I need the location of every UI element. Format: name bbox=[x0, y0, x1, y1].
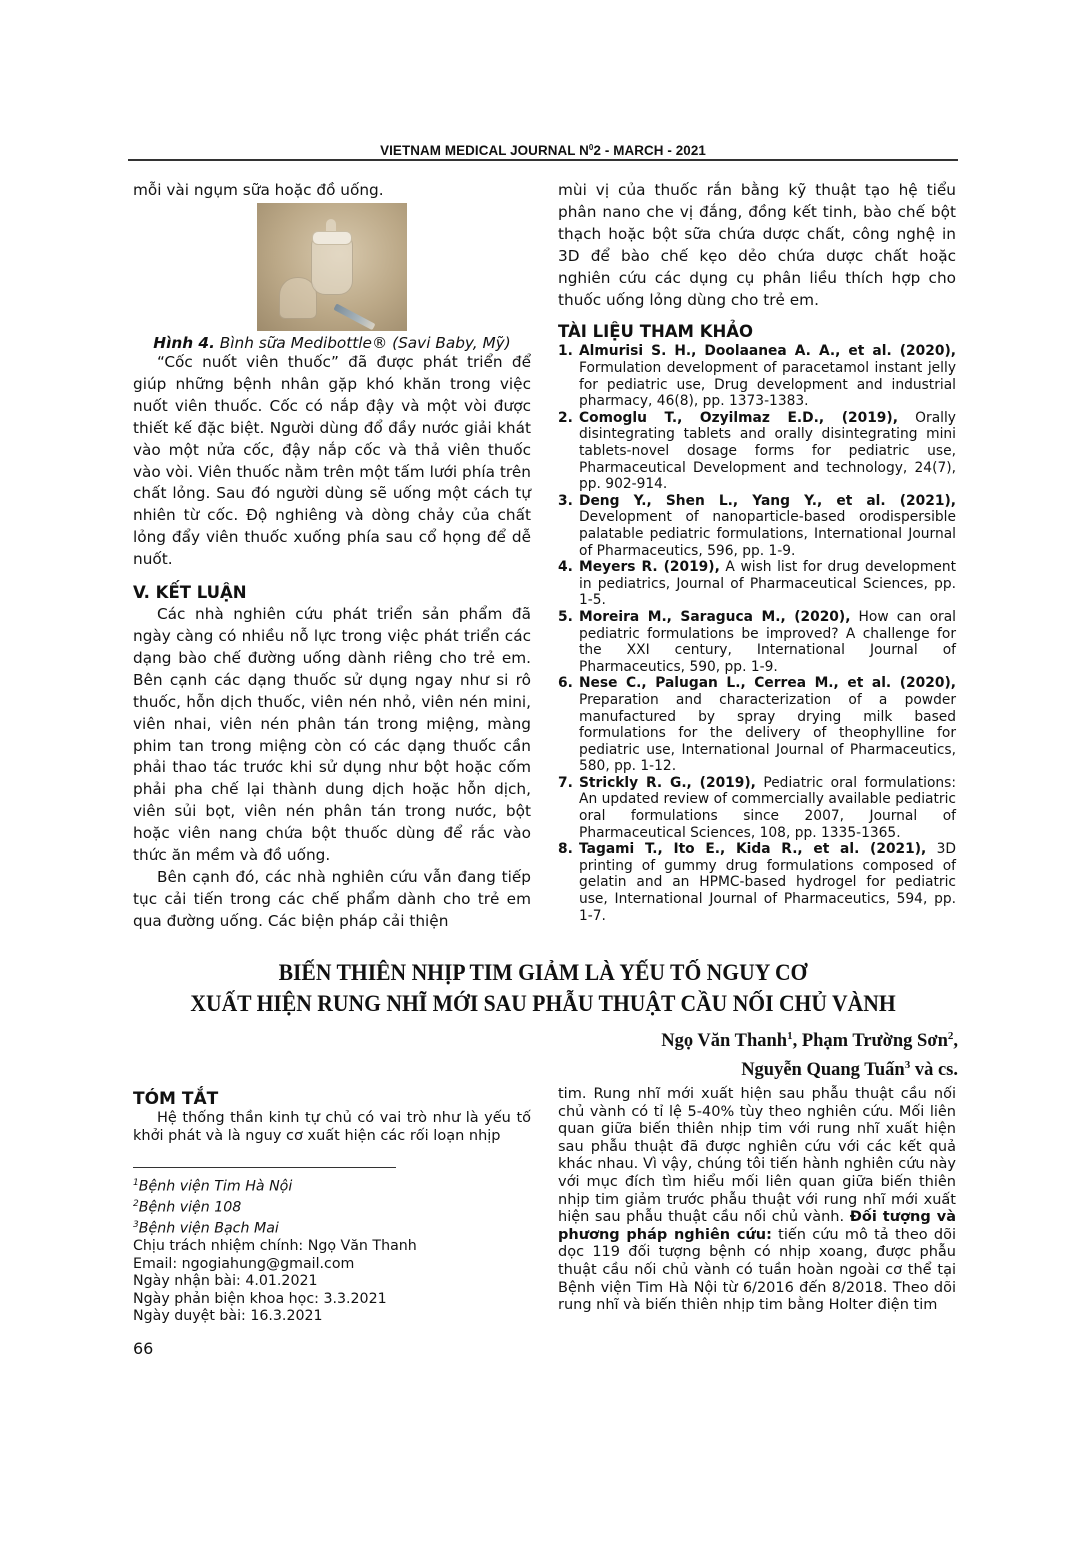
reference-number: 6. bbox=[558, 675, 573, 692]
references-list: 1.Almurisi S. H., Doolaanea A. A., et al… bbox=[558, 343, 956, 924]
author-name: Nguyễn Quang Tuấn bbox=[741, 1060, 905, 1080]
date-received: Ngày nhận bài: 4.01.2021 bbox=[133, 1273, 417, 1290]
reference-authors: Deng Y., Shen L., Yang Y., et al. (2021)… bbox=[579, 493, 956, 509]
reference-authors: Moreira M., Saraguca M., (2020), bbox=[579, 609, 850, 625]
reference-authors: Nese C., Palugan L., Cerrea M., et al. (… bbox=[579, 675, 956, 691]
date-approved: Ngày duyệt bài: 16.3.2021 bbox=[133, 1308, 417, 1325]
left-column-body: “Cốc nuốt viên thuốc” đã được phát triển… bbox=[133, 352, 531, 933]
reference-authors: Strickly R. G., (2019), bbox=[579, 775, 756, 791]
reference-item: 2.Comoglu T., Ozyilmaz E.D., (2019), Ora… bbox=[558, 410, 956, 493]
author-name: Ngọ Văn Thanh bbox=[661, 1031, 787, 1051]
abstract-text: tim. Rung nhĩ mới xuất hiện sau phẫu thu… bbox=[558, 1086, 956, 1225]
affiliation-2: 2Bệnh viện 108 bbox=[133, 1196, 417, 1217]
abstract-paragraph-continued: tim. Rung nhĩ mới xuất hiện sau phẫu thu… bbox=[558, 1086, 956, 1315]
reference-number: 1. bbox=[558, 343, 573, 360]
reference-text: Development of nanoparticle-based orodis… bbox=[579, 509, 956, 558]
references-heading: TÀI LIỆU THAM KHẢO bbox=[558, 321, 956, 343]
header-rule bbox=[128, 159, 958, 161]
author-line-1: Ngọ Văn Thanh1, Phạm Trường Sơn2, bbox=[661, 1024, 958, 1053]
footnote-rule bbox=[133, 1167, 396, 1168]
abstract-heading: TÓM TẮT bbox=[133, 1088, 531, 1110]
author-separator: và cs. bbox=[910, 1060, 958, 1080]
conclusion-paragraph-1: Các nhà nghiên cứu phát triển sản phẩm đ… bbox=[133, 604, 531, 867]
reference-text: Formulation development of paracetamol i… bbox=[579, 360, 956, 409]
journal-page: VIETNAM MEDICAL JOURNAL N02 - MARCH - 20… bbox=[0, 0, 1090, 1541]
footnotes: 1Bệnh viện Tim Hà Nội 2Bệnh viện 108 3Bệ… bbox=[133, 1175, 417, 1325]
conclusion-paragraph-2: Bên cạnh đó, các nhà nghiên cứu vẫn đang… bbox=[133, 867, 531, 933]
abstract-right: tim. Rung nhĩ mới xuất hiện sau phẫu thu… bbox=[558, 1086, 956, 1315]
reference-number: 3. bbox=[558, 493, 573, 510]
journal-issue: 2 - MARCH - 2021 bbox=[593, 143, 705, 158]
reference-item: 6.Nese C., Palugan L., Cerrea M., et al.… bbox=[558, 675, 956, 775]
pill-cup-paragraph: “Cốc nuốt viên thuốc” đã được phát triển… bbox=[133, 352, 531, 571]
affiliation-3: 3Bệnh viện Bạch Mai bbox=[133, 1217, 417, 1238]
syringe-shape bbox=[333, 303, 375, 330]
page-number: 66 bbox=[133, 1339, 153, 1358]
article-authors: Ngọ Văn Thanh1, Phạm Trường Sơn2, Nguyễn… bbox=[661, 1024, 958, 1082]
figure-caption: Hình 4. Bình sữa Medibottle® (Savi Baby,… bbox=[133, 333, 531, 353]
journal-name: VIETNAM MEDICAL JOURNAL N bbox=[380, 143, 589, 158]
reference-authors: Tagami T., Ito E., Kida R., et al. (2021… bbox=[579, 841, 926, 857]
affiliation-text: Bệnh viện Tim Hà Nội bbox=[139, 1179, 293, 1195]
author-separator: , bbox=[953, 1031, 958, 1051]
reference-number: 7. bbox=[558, 775, 573, 792]
right-continuation-text: mùi vị của thuốc rắn bằng kỹ thuật tạo h… bbox=[558, 180, 956, 311]
article-title-line-2: XUẤT HIỆN RUNG NHĨ MỚI SAU PHẪU THUẬT CẦ… bbox=[161, 989, 925, 1020]
reference-item: 8.Tagami T., Ito E., Kida R., et al. (20… bbox=[558, 841, 956, 924]
reference-item: 4.Meyers R. (2019), A wish list for drug… bbox=[558, 559, 956, 609]
reference-item: 5.Moreira M., Saraguca M., (2020), How c… bbox=[558, 609, 956, 675]
reference-item: 3.Deng Y., Shen L., Yang Y., et al. (202… bbox=[558, 493, 956, 559]
abstract-paragraph-start: Hệ thống thần kinh tự chủ có vai trò như… bbox=[133, 1110, 531, 1145]
section-heading-conclusion: V. KẾT LUẬN bbox=[133, 582, 531, 604]
running-header: VIETNAM MEDICAL JOURNAL N02 - MARCH - 20… bbox=[128, 143, 958, 158]
abstract-left: TÓM TẮT Hệ thống thần kinh tự chủ có vai… bbox=[133, 1088, 531, 1145]
continuation-text: mỗi vài ngụm sữa hoặc đồ uống. bbox=[133, 180, 531, 202]
figure-4-bottle-photo bbox=[257, 203, 407, 331]
figure-caption-text: Bình sữa Medibottle® (Savi Baby, Mỹ) bbox=[215, 334, 511, 352]
reference-number: 4. bbox=[558, 559, 573, 576]
reference-number: 5. bbox=[558, 609, 573, 626]
reference-item: 7.Strickly R. G., (2019), Pediatric oral… bbox=[558, 775, 956, 841]
article-title-line-1: BIẾN THIÊN NHỊP TIM GIẢM LÀ YẾU TỐ NGUY … bbox=[161, 958, 925, 989]
reference-item: 1.Almurisi S. H., Doolaanea A. A., et al… bbox=[558, 343, 956, 409]
author-line-2: Nguyễn Quang Tuấn3 và cs. bbox=[661, 1053, 958, 1082]
contact-email: Email: ngogiahung@gmail.com bbox=[133, 1256, 417, 1273]
author-separator: , bbox=[793, 1031, 802, 1051]
affiliation-text: Bệnh viện 108 bbox=[139, 1200, 242, 1216]
reference-authors: Almurisi S. H., Doolaanea A. A., et al. … bbox=[579, 343, 956, 359]
affiliation-text: Bệnh viện Bạch Mai bbox=[139, 1221, 279, 1237]
reference-number: 2. bbox=[558, 410, 573, 427]
reference-text: Preparation and characterization of a po… bbox=[579, 692, 956, 774]
date-reviewed: Ngày phản biện khoa học: 3.3.2021 bbox=[133, 1291, 417, 1308]
reference-authors: Comoglu T., Ozyilmaz E.D., (2019), bbox=[579, 410, 898, 426]
author-name: Phạm Trường Sơn bbox=[802, 1031, 948, 1051]
responsible-author: Chịu trách nhiệm chính: Ngọ Văn Thanh bbox=[133, 1238, 417, 1255]
left-column-top: mỗi vài ngụm sữa hoặc đồ uống. bbox=[133, 180, 531, 202]
bottle-cap-shape bbox=[312, 231, 352, 245]
affiliation-1: 1Bệnh viện Tim Hà Nội bbox=[133, 1175, 417, 1196]
right-column-top: mùi vị của thuốc rắn bằng kỹ thuật tạo h… bbox=[558, 180, 956, 924]
article-title: BIẾN THIÊN NHỊP TIM GIẢM LÀ YẾU TỐ NGUY … bbox=[161, 958, 925, 1020]
figure-label: Hình 4. bbox=[153, 334, 215, 352]
reference-number: 8. bbox=[558, 841, 573, 858]
reference-authors: Meyers R. (2019), bbox=[579, 559, 720, 575]
